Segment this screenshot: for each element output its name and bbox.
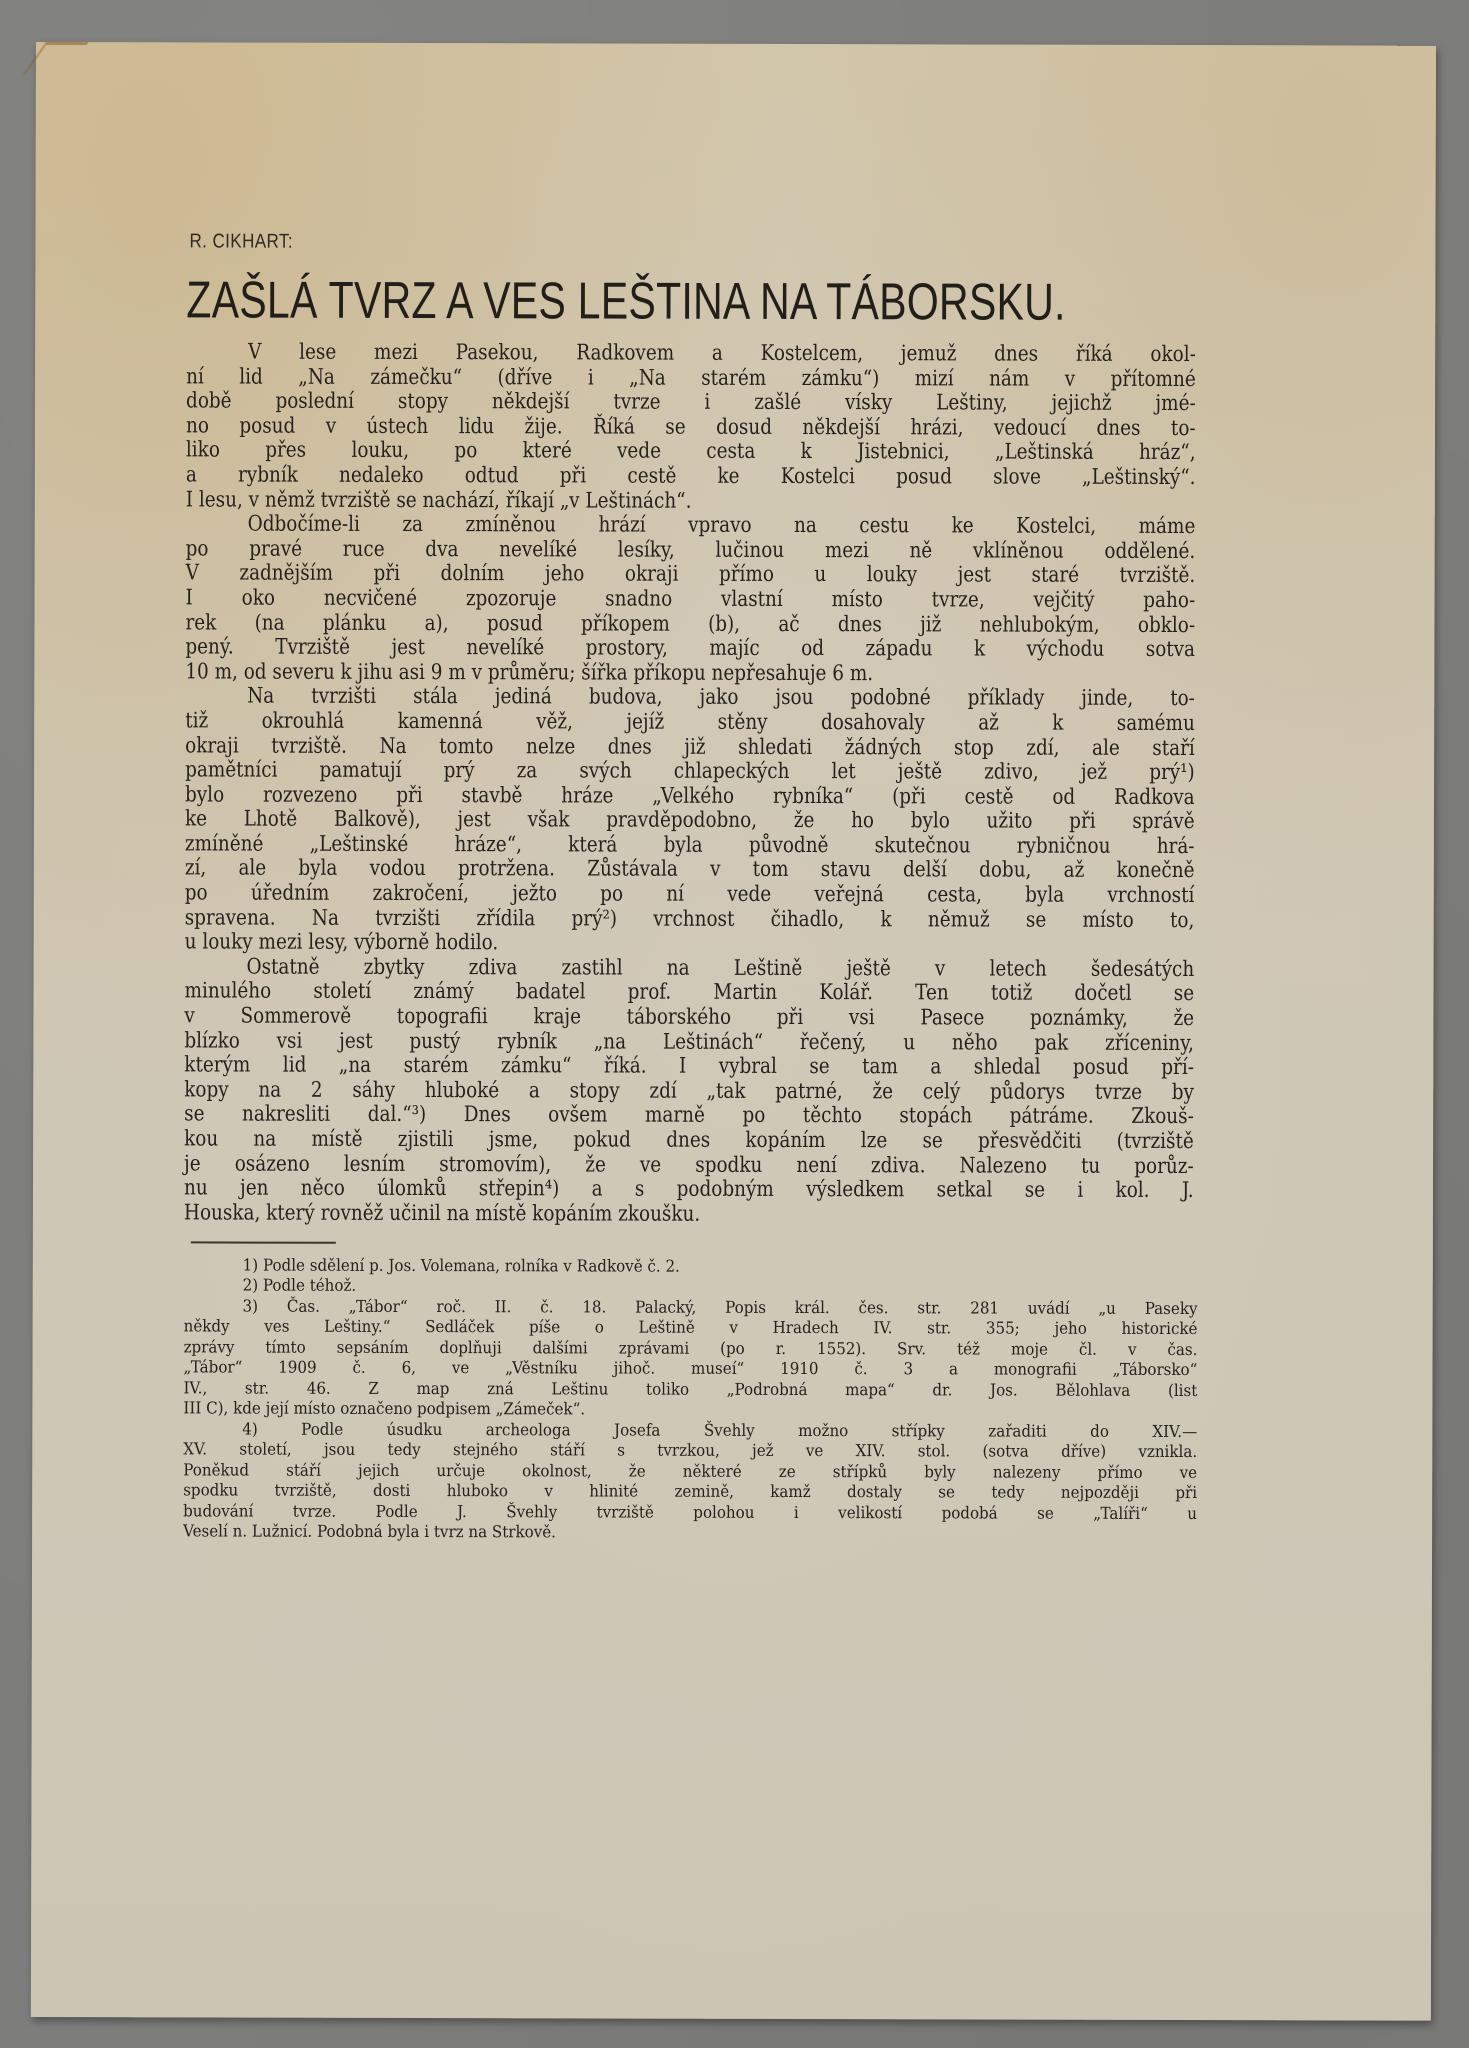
text-line: kou na místě zjistili jsme, pokud dnes k… [184,1127,1194,1154]
text-line: V lese mezi Pasekou, Radkovem a Kostelce… [186,340,1196,367]
article-body: V lese mezi Pasekou, Radkovem a Kostelce… [184,340,1196,1228]
footnote-marker: 3) [243,1296,287,1315]
text-line: u louky mezi lesy, výborně hodilo. [185,931,1195,958]
footnote-line: někdy ves Leštiny.“ Sedláček píše o Lešt… [184,1317,1198,1340]
footnote: 1) Podle sdělení p. Jos. Volemana, rolní… [184,1255,1198,1278]
footnote-line: XV. století, jsou tedy stejného stáří s … [183,1440,1197,1463]
footnote: 4) Podle úsudku archeologa Josefa Švehly… [183,1419,1197,1545]
paragraph: Ostatně zbytky zdiva zastihl na Leštině … [184,955,1194,1228]
footnote-line: zprávy tímto sepsáním doplňuji dalšími z… [184,1337,1198,1360]
footnote-line: 4) Podle úsudku archeologa Josefa Švehly… [183,1419,1197,1442]
paragraph: Na tvrzišti stála jediná budova, jako js… [185,685,1195,958]
footnote-line: Veselí n. Lužnicí. Podobná byla i tvrz n… [183,1522,1197,1545]
footnote-line: Poněkud stáří jejich určuje okolnost, že… [183,1460,1197,1483]
paper-sheet: R. CIKHART: ZAŠLÁ TVRZ A VES LEŠTINA NA … [31,42,1436,2021]
article: R. CIKHART: ZAŠLÁ TVRZ A VES LEŠTINA NA … [183,230,1196,1545]
paragraph: V lese mezi Pasekou, Radkovem a Kostelce… [186,340,1196,515]
footnotes: 1) Podle sdělení p. Jos. Volemana, rolní… [183,1255,1198,1545]
article-title: ZAŠLÁ TVRZ A VES LEŠTINA NA TÁBORSKU. [186,272,1189,331]
text-line: v Sommerově topografii kraje táborského … [184,1004,1194,1031]
footnote-text: Podle úsudku archeologa Josefa Švehly mo… [301,1420,1197,1441]
text-line: Houska, který rovněž učinil na místě kop… [184,1201,1194,1228]
footnote-marker: 4) [242,1419,301,1438]
footnote-line: budování tvrze. Podle J. Švehly tvrziště… [183,1501,1197,1524]
text-line: nu jen něco úlomků střepin⁴) a s podobný… [184,1177,1194,1204]
text-line: po úředním zakročení, ježto po ní vede v… [185,881,1195,908]
footnote-separator [191,1242,336,1244]
footnote-line: spodku tvrziště, dosti hluboko v hlinité… [183,1481,1197,1504]
footnote-text: Podle téhož. [263,1276,356,1295]
footnote-line: 3) Čas. „Tábor“ roč. II. č. 18. Palacký,… [184,1296,1198,1319]
footnote-line: 2) Podle téhož. [184,1276,1198,1299]
text-line: pamětníci pamatují prý za svých chlapeck… [185,758,1195,785]
footnote-text: Čas. „Tábor“ roč. II. č. 18. Palacký, Po… [287,1297,1198,1318]
author-byline: R. CIKHART: [189,230,1045,256]
footnote-marker: 1) [243,1255,263,1274]
footnote-line: 1) Podle sdělení p. Jos. Volemana, rolní… [184,1255,1198,1278]
text-line: kterým lid „na starém zámku“ říká. I vyb… [184,1054,1194,1081]
footnote: 2) Podle téhož. [184,1276,1198,1299]
footnote-line: „Tábor“ 1909 č. 6, ve „Věstníku jihoč. m… [184,1358,1198,1381]
footnote-text: Podle sdělení p. Jos. Volemana, rolníka … [263,1255,680,1275]
text-line: pený. Tvrziště jest nevelíké prostory, m… [185,636,1195,663]
text-line: a rybník nedaleko odtud při cestě ke Kos… [186,463,1196,490]
footnote: 3) Čas. „Tábor“ roč. II. č. 18. Palacký,… [183,1296,1197,1422]
footnote-line: III C), kde její místo označeno podpisem… [183,1399,1197,1422]
paragraph: Odbočíme-li za zmíněnou hrází vpravo na … [185,513,1195,688]
text-line: době poslední stopy někdejší tvrze i zaš… [186,390,1196,417]
text-line: tiž okrouhlá kamenná věž, jejíž stěny do… [185,709,1195,736]
footnote-line: IV., str. 46. Z map zná Leštinu toliko „… [183,1378,1197,1401]
footnote-marker: 2) [243,1276,263,1295]
text-line: I oko necvičené zpozoruje snadno vlastní… [186,586,1196,613]
text-line: Odbočíme-li za zmíněnou hrází vpravo na … [186,513,1196,540]
